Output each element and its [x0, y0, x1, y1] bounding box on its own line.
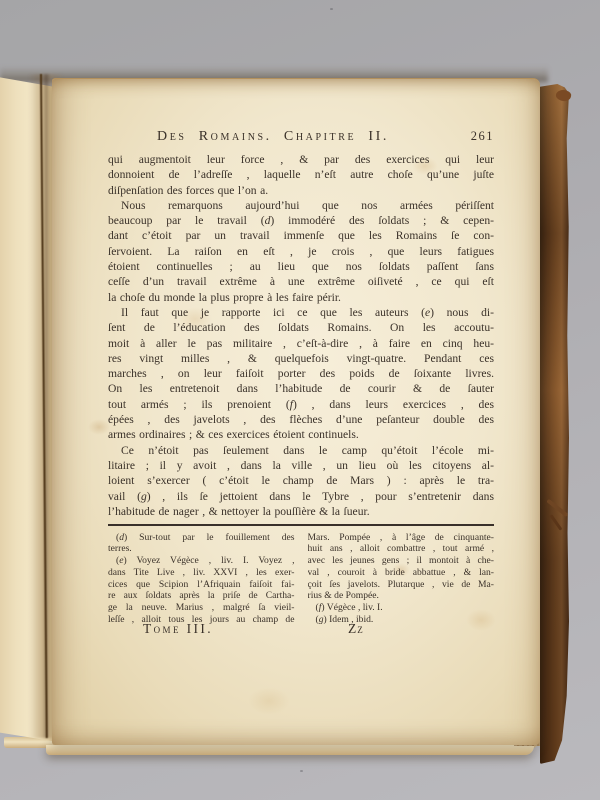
page-number: 261 — [438, 129, 494, 144]
text-line: Ce n’étoit pas ſeulement dans le camp qu… — [108, 443, 494, 458]
text-line: Nous remarquons aujourd’hui que nos armé… — [108, 198, 494, 213]
text-line: (g) Idem , ibid. — [308, 614, 495, 626]
paragraph: qui augmentoit leur force , & par des ex… — [108, 152, 494, 198]
paragraph: Nous remarquons aujourd’hui que nos armé… — [108, 198, 494, 305]
foxing-spot — [248, 687, 290, 715]
text-line: la choſe du monde la plus propre à les f… — [108, 290, 494, 305]
text-line: (e) Voyez Végèce , liv. I. Voyez , — [108, 555, 295, 567]
text-line: On les entretenoit dans l’habitude de co… — [108, 381, 494, 396]
text-line: dans Tite Live , liv. XXVI , les exer- — [108, 567, 295, 579]
running-head: Des Romains. Chapitre II. 261 — [108, 129, 494, 145]
text-line: (f) Végèce , liv. I. — [308, 602, 495, 614]
backdrop-speck — [330, 8, 333, 10]
footnote: (f) Végèce , liv. I. — [308, 602, 495, 614]
foxing-spot — [88, 419, 110, 435]
text-line: huit ans , alloit combattre , tout armé … — [308, 543, 495, 555]
gathering-signature: Zz — [348, 621, 364, 637]
text-line: avec les jeunes gens ; il montoit à che- — [308, 555, 495, 567]
paragraph: Ce n’étoit pas ſeulement dans le camp qu… — [108, 443, 494, 519]
footnote-col-right: Mars. Pompée , à l’âge de cinquante-huit… — [308, 532, 495, 626]
running-head-title: Des Romains. Chapitre II. — [108, 129, 438, 145]
text-line: donnoient de l’adreſſe , laquelle n’eſt … — [108, 167, 494, 182]
text-line: cices que Scipion l’Afriquain faiſoit fa… — [108, 579, 295, 591]
text-line: qui augmentoit leur force , & par des ex… — [108, 152, 494, 167]
text-line: Il faut que je rapporte ici ce que les a… — [108, 305, 494, 320]
footnote: Mars. Pompée , à l’âge de cinquante-huit… — [308, 532, 495, 602]
footnote-rule — [108, 524, 494, 526]
text-line: marches , on leur faiſoit porter des poi… — [108, 366, 494, 381]
footnotes: (d) Sur-tout par le fouillement desterre… — [108, 532, 494, 626]
book-photograph: Des Romains. Chapitre II. 261 qui augmen… — [0, 0, 600, 800]
text-line: val , couroit à bride abbattue , & lan- — [308, 567, 495, 579]
text-line: (d) Sur-tout par le fouillement des — [108, 532, 295, 544]
text-line: armes ordinaires ; & ces exercices étoie… — [108, 427, 494, 442]
text-line: diſpenſation des forces que l’on a. — [108, 183, 494, 198]
text-line: ſent de l’éducation des ſoldats Romains.… — [108, 320, 494, 335]
text-line: beaucoup par le travail (d) immodéré des… — [108, 213, 494, 228]
text-line: vail (g) , ils ſe jettoient dans le Tybr… — [108, 489, 494, 504]
text-line: terres. — [108, 543, 295, 555]
text-line: re aux ſoldats après la priſe de Cartha- — [108, 590, 295, 602]
backdrop-speck — [300, 770, 303, 772]
text-line: ſervoient. La raiſon en eſt , je crois ,… — [108, 244, 494, 259]
book-page: Des Romains. Chapitre II. 261 qui augmen… — [52, 78, 540, 745]
volume-signature: Tome III. — [143, 621, 213, 637]
footnote: (g) Idem , ibid. — [308, 614, 495, 626]
text-line: dant c’étoit par un travail immenſe que … — [108, 228, 494, 243]
footnote: (d) Sur-tout par le fouillement desterre… — [108, 532, 295, 555]
text-line: litaire ; il y avoit , dans la ville , u… — [108, 458, 494, 473]
text-line: l’habitude de nager , & nettoyer la pouſ… — [108, 504, 494, 519]
text-line: ge la neuve. Marius , malgré ſa vieil- — [108, 602, 295, 614]
text-line: çoit ſes javelots. Plutarque , vie de Ma… — [308, 579, 495, 591]
text-line: loient s’exercer ( c’étoit le champ de M… — [108, 473, 494, 488]
text-line: res vingt milles , & quelquefois vingt-q… — [108, 351, 494, 366]
text-line: moit à aller le pas militaire , c’eſt-à-… — [108, 336, 494, 351]
text-block: Des Romains. Chapitre II. 261 qui augmen… — [108, 129, 494, 625]
footnote-col-left: (d) Sur-tout par le fouillement desterre… — [108, 532, 295, 626]
bottom-leaf-edge — [46, 745, 534, 755]
text-line: tout armés ; ils prenoient (f) , dans le… — [108, 397, 494, 412]
leather-binding-edge — [540, 84, 569, 764]
text-line: épées , des javelots , des flèches d’une… — [108, 412, 494, 427]
text-line: Mars. Pompée , à l’âge de cinquante- — [308, 532, 495, 544]
body-text: qui augmentoit leur force , & par des ex… — [108, 152, 494, 519]
text-line: étoient continuelles ; au lieu que nos ſ… — [108, 259, 494, 274]
footnote: (e) Voyez Végèce , liv. I. Voyez ,dans T… — [108, 555, 295, 625]
text-line: rius & de Pompée. — [308, 590, 495, 602]
text-line: ceſſe d’un travail extrême à une extrême… — [108, 274, 494, 289]
paragraph: Il faut que je rapporte ici ce que les a… — [108, 305, 494, 443]
